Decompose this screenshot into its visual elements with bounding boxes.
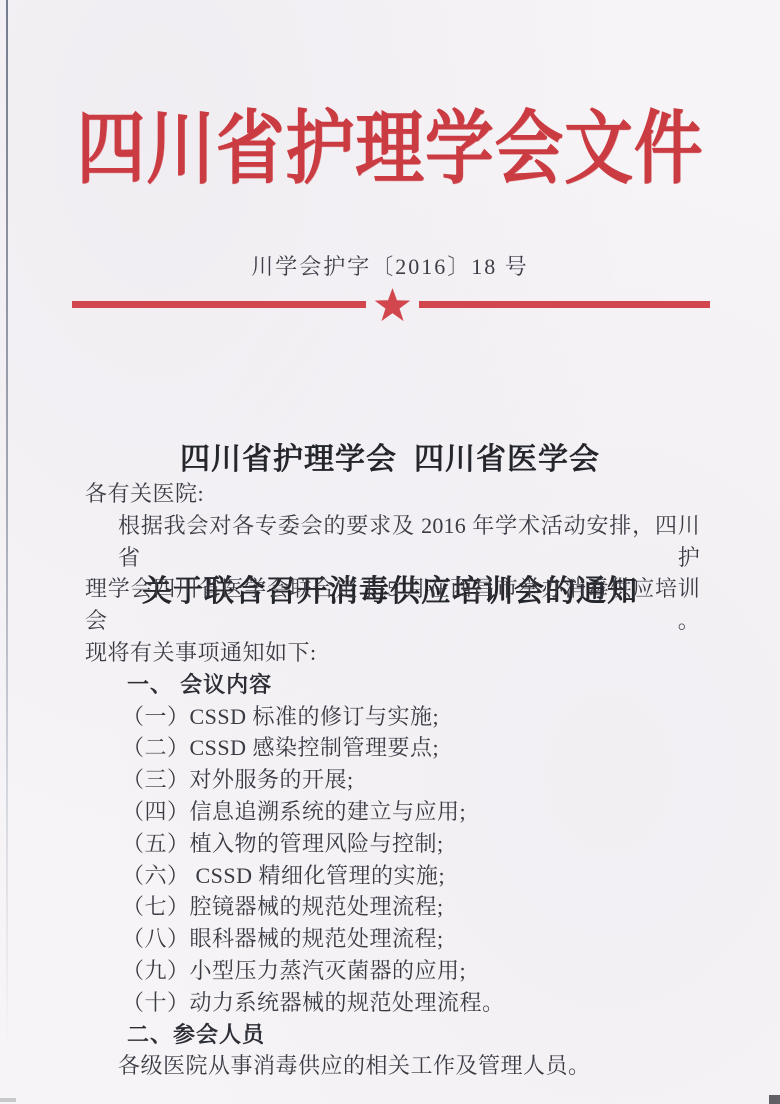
list-item: （四）信息追溯系统的建立与应用; [85,796,700,828]
red-divider-left [72,301,366,308]
list-item: （三）对外服务的开展; [85,764,700,796]
scanned-document-page: 四川省护理学会文件 川学会护字〔2016〕18 号 四川省护理学会 四川省医学会… [0,0,780,1104]
list-item: （十）动力系统器械的规范处理流程。 [85,987,700,1019]
section-heading-2: 二、参会人员 [85,1019,700,1051]
list-item: （六） CSSD 精细化管理的实施; [85,860,700,892]
notice-body: 各有关医院: 根据我会对各专委会的要求及 2016 年学术活动安排，四川省护 理… [85,478,700,1082]
document-number: 川学会护字〔2016〕18 号 [0,250,780,281]
list-item: （七）腔镜器械的规范处理流程; [85,891,700,923]
scan-corner-artifact [769,1095,780,1104]
list-item: （一）CSSD 标准的修订与实施; [85,701,700,733]
section-text: 各级医院从事消毒供应的相关工作及管理人员。 [85,1050,700,1082]
paragraph-line: 根据我会对各专委会的要求及 2016 年学术活动安排，四川省护 [85,510,700,574]
salutation: 各有关医院: [85,478,700,510]
section-heading-1: 一、 会议内容 [85,669,700,701]
list-item: （九）小型压力蒸汽灭菌器的应用; [85,955,700,987]
scan-corner-artifact [0,1098,16,1102]
letterhead-org-title: 四川省护理学会文件 [55,104,726,196]
star-icon [374,288,411,324]
list-item: （五）植入物的管理风险与控制; [85,828,700,860]
paragraph-line: 现将有关事项通知如下: [85,637,700,669]
notice-title-line1: 四川省护理学会 四川省医学会 [0,438,780,482]
red-divider-right [419,301,710,308]
list-item: （二）CSSD 感染控制管理要点; [85,732,700,764]
list-item: （八）眼科器械的规范处理流程; [85,923,700,955]
paragraph-line: 理学会四川省医学会联合定于 5 月在西昌市举办消毒供应培训会。 [85,573,700,637]
